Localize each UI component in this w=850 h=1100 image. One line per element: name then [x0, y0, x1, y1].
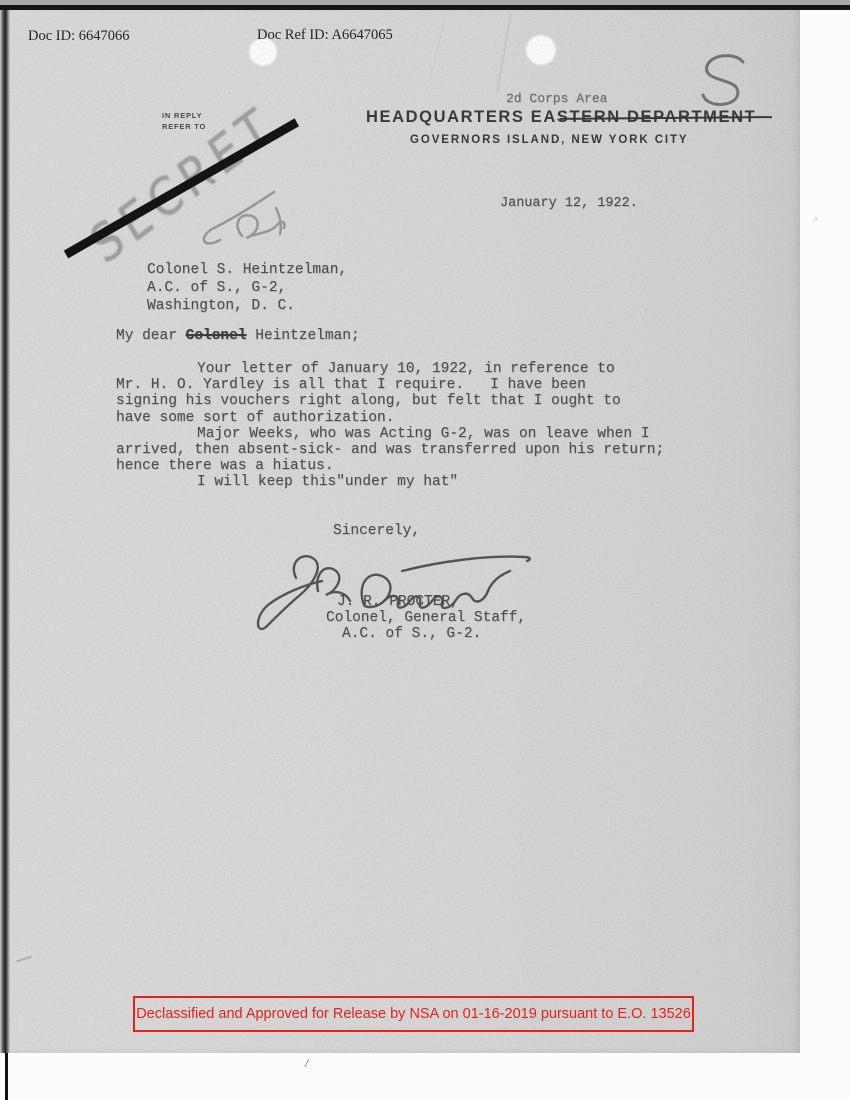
body-line: Major Weeks, who was Acting G-2, was on …: [116, 426, 664, 442]
in-reply-line1: IN REPLY: [162, 110, 206, 121]
scanner-left-edge-line: [5, 1053, 8, 1100]
body-line: Your letter of January 10, 1922, in refe…: [116, 361, 664, 377]
declassification-stamp: Declassified and Approved for Release by…: [133, 996, 694, 1032]
stray-faint-mark: .x: [812, 214, 818, 223]
scanner-left-edge-shadow: [0, 10, 10, 1053]
typed-unit-line: 2d Corps Area: [506, 91, 607, 106]
stray-slash-mark: /: [304, 1056, 309, 1071]
hole-punch: [527, 36, 555, 64]
closing-sincerely: Sincerely,: [333, 523, 420, 539]
body-line: arrived, then absent-sick- and was trans…: [116, 442, 664, 458]
salutation-prefix: My dear: [116, 328, 186, 344]
handwritten-s-mark: [693, 52, 751, 110]
recipient-address-block: Colonel S. Heintzelman, A.C. of S., G-2,…: [147, 262, 347, 315]
typed-signature-block: J. R. PROCTER, Colonel, General Staff, A…: [326, 595, 526, 642]
doc-id-label: Doc ID: 6647066: [28, 28, 130, 45]
signer-name: J. R. PROCTER,: [337, 595, 526, 611]
address-line: A.C. of S., G-2,: [147, 280, 347, 298]
declassification-stamp-text: Declassified and Approved for Release by…: [136, 1006, 691, 1022]
signer-title: Colonel, General Staff,: [326, 611, 526, 627]
doc-ref-id-label: Doc Ref ID: A6647065: [257, 27, 393, 44]
headquarters-text: HEADQUARTERS: [366, 108, 531, 126]
salutation-line: My dear Colonel Heintzelman;: [116, 328, 360, 346]
scanned-document-page: { "scan_header": { "doc_id": "Doc ID: 66…: [0, 0, 850, 1100]
address-line: Washington, D. C.: [147, 298, 347, 316]
pencil-initials-scribble: [190, 178, 305, 253]
date-line: January 12, 1922.: [500, 196, 638, 211]
body-line: Mr. H. O. Yardley is all that I require.…: [116, 377, 664, 393]
body-line: signing his vouchers right along, but fe…: [116, 393, 664, 409]
scanner-top-edge-bar: [0, 5, 850, 10]
address-line: Colonel S. Heintzelman,: [147, 262, 347, 280]
in-reply-refer-to: IN REPLY REFER TO: [162, 110, 206, 132]
signer-org: A.C. of S., G-2.: [342, 627, 526, 643]
location-line: GOVERNORS ISLAND, NEW YORK CITY: [410, 134, 688, 146]
salutation-struck-word: Colonel: [186, 328, 247, 344]
body-line: I will keep this"under my hat": [116, 474, 664, 490]
body-line: hence there was a hiatus.: [116, 458, 664, 474]
in-reply-line2: REFER TO: [162, 121, 206, 132]
letter-body: Your letter of January 10, 1922, in refe…: [116, 361, 664, 491]
body-line: have some sort of authorization.: [116, 410, 664, 426]
salutation-suffix: Heintzelman;: [247, 328, 360, 344]
